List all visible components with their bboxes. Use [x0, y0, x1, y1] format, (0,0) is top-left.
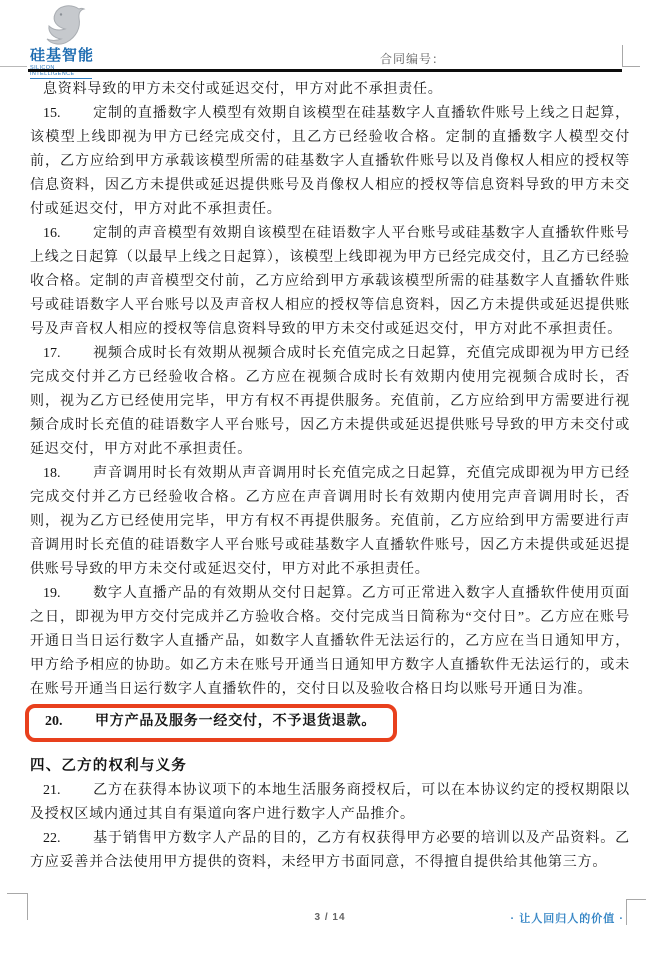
clause-number: 21. [43, 779, 93, 803]
clause-paragraph-17: 17.视频合成时长有效期从视频合成时长充值完成之日起算，充值完成即视为甲方已经完… [30, 342, 630, 462]
clause-text: 甲方产品及服务一经交付，不予退货退款。 [95, 714, 376, 729]
contract-body: 息资料导致的甲方未交付或延迟交付，甲方对此不承担责任。 15.定制的直播数字人模… [30, 78, 630, 875]
clause-number: 20. [45, 710, 95, 734]
clause-number: 19. [43, 582, 93, 606]
dolphin-logo-icon [42, 4, 88, 46]
footer-tagline: · 让人回归人的价值 · [511, 910, 624, 926]
margin-mark-top-right [622, 45, 640, 67]
logo-side-line [0, 66, 27, 67]
clause-number: 18. [43, 462, 93, 486]
company-logo: 硅基智能 SILICON INTELLIGENCE [30, 4, 120, 79]
margin-mark-bottom-right [626, 899, 646, 925]
clause-number: 16. [43, 222, 93, 246]
logo-text-cn: 硅基智能 [30, 44, 120, 65]
clause-paragraph-21: 21.乙方在获得本协议项下的本地生活服务商授权后，可以在本协议约定的授权期限以及… [30, 779, 630, 827]
clause-paragraph-16: 16.定制的声音模型有效期自该模型在硅语数字人平台账号或硅基数字人直播软件账号上… [30, 222, 630, 342]
clause-paragraph-18: 18.声音调用时长有效期从声音调用时长充值完成之日起算，充值完成即视为甲方已经完… [30, 462, 630, 582]
clause-paragraph-20: 20.甲方产品及服务一经交付，不予退货退款。 [37, 710, 381, 734]
clause-number: 22. [43, 827, 93, 851]
clause-text: 视频合成时长有效期从视频合成时长充值完成之日起算，充值完成即视为甲方已经完成交付… [30, 346, 630, 457]
clause-text: 乙方在获得本协议项下的本地生活服务商授权后，可以在本协议约定的授权期限以及授权区… [30, 783, 630, 822]
clause-text: 数字人直播产品的有效期从交付日起算。乙方可正常进入数字人直播软件使用页面之日，即… [30, 586, 630, 697]
highlight-box-clause-20: 20.甲方产品及服务一经交付，不予退货退款。 [25, 704, 397, 742]
contract-page: 硅基智能 SILICON INTELLIGENCE 合同编号： 息资料导致的甲方… [0, 0, 660, 958]
section-heading: 四、乙方的权利与义务 [30, 754, 630, 775]
logo-text-en: SILICON INTELLIGENCE [30, 65, 92, 79]
clause-text: 基于销售甲方数字人产品的目的，乙方有权获得甲方必要的培训以及产品资料。乙方应妥善… [30, 831, 630, 870]
continuation-line: 息资料导致的甲方未交付或延迟交付，甲方对此不承担责任。 [30, 78, 630, 102]
clause-number: 17. [43, 342, 93, 366]
clause-text: 定制的声音模型有效期自该模型在硅语数字人平台账号或硅基数字人直播软件账号上线之日… [30, 226, 630, 337]
clause-paragraph-19: 19.数字人直播产品的有效期从交付日起算。乙方可正常进入数字人直播软件使用页面之… [30, 582, 630, 702]
clause-paragraph-15: 15.定制的直播数字人模型有效期自该模型在硅基数字人直播软件账号上线之日起算，该… [30, 102, 630, 222]
clause-number: 15. [43, 102, 93, 126]
header-rule [28, 69, 622, 72]
clause-text: 声音调用时长有效期从声音调用时长充值完成之日起算，充值完成即视为甲方已经完成交付… [30, 466, 630, 577]
contract-number-label: 合同编号： [380, 50, 445, 67]
clause-text: 定制的直播数字人模型有效期自该模型在硅基数字人直播软件账号上线之日起算，该模型上… [30, 106, 630, 217]
clause-paragraph-22: 22.基于销售甲方数字人产品的目的，乙方有权获得甲方必要的培训以及产品资料。乙方… [30, 827, 630, 875]
